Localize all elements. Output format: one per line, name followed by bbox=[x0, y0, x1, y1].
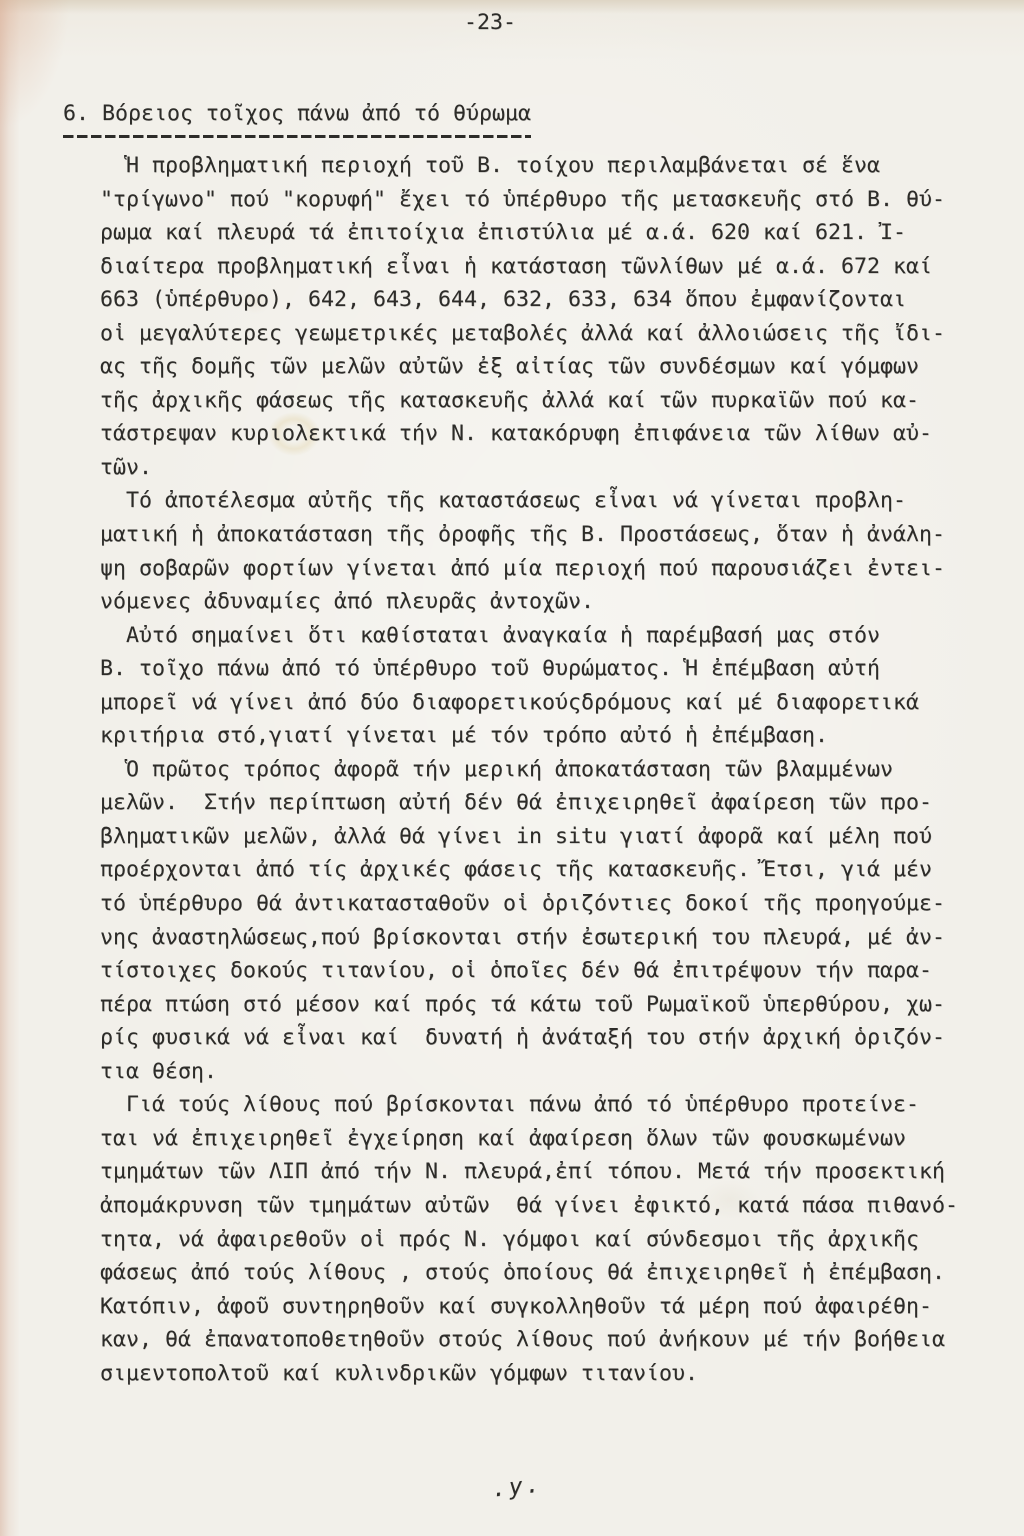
text-line: Αὐτό σημαίνει ὅτι καθίσταται ἀναγκαία ἡ … bbox=[100, 619, 990, 653]
scan-corner-tint bbox=[0, 0, 70, 130]
text-line: Ὁ πρῶτος τρόπος ἀφορᾶ τήν μερική ἀποκατά… bbox=[100, 753, 990, 787]
text-line: τῆς ἀρχικῆς φάσεως τῆς κατασκευῆς ἀλλά κ… bbox=[100, 384, 990, 418]
page-number: -23- bbox=[464, 11, 516, 35]
text-line: ψη σοβαρῶν φορτίων γίνεται ἀπό μία περιο… bbox=[100, 552, 990, 586]
text-line: τίστοιχες δοκούς τιτανίου, οἱ ὁποῖες δέν… bbox=[100, 954, 990, 988]
text-line: Κατόπιν, ἀφοῦ συντηρηθοῦν καί συγκολληθο… bbox=[100, 1290, 990, 1324]
text-line: ματική ἡ ἀποκατάσταση τῆς ὀροφῆς τῆς Β. … bbox=[100, 518, 990, 552]
text-line: Γιά τούς λίθους πού βρίσκονται πάνω ἀπό … bbox=[100, 1088, 990, 1122]
text-line: προέρχονται ἀπό τίς ἀρχικές φάσεις τῆς κ… bbox=[100, 853, 990, 887]
text-line: διαίτερα προβληματική εἶναι ἡ κατάσταση … bbox=[100, 250, 990, 284]
text-line: νόμενες ἀδυναμίες ἀπό πλευρᾶς ἀντοχῶν. bbox=[100, 585, 990, 619]
text-line: κριτήρια στό,γιατί γίνεται μέ τόν τρόπο … bbox=[100, 719, 990, 753]
text-line: οἱ μεγαλύτερες γεωμετρικές μεταβολές ἀλλ… bbox=[100, 317, 990, 351]
text-line: "τρίγωνο" πού "κορυφή" ἔχει τό ὑπέρθυρο … bbox=[100, 183, 990, 217]
text-line: ται νά ἐπιχειρηθεῖ ἐγχείρηση καί ἀφαίρεσ… bbox=[100, 1122, 990, 1156]
text-line: σιμεντοπολτοῦ καί κυλινδρικῶν γόμφων τιτ… bbox=[100, 1357, 990, 1391]
text-line: Ἡ προβληματική περιοχή τοῦ Β. τοίχου περ… bbox=[100, 149, 990, 183]
text-line: πέρα πτώση στό μέσον καί πρός τά κάτω το… bbox=[100, 988, 990, 1022]
text-line: βληματικῶν μελῶν, ἀλλά θά γίνει in situ … bbox=[100, 820, 990, 854]
scan-edge-left bbox=[0, 0, 20, 1536]
text-line: μπορεῖ νά γίνει ἀπό δύο διαφορετικούςδρό… bbox=[100, 686, 990, 720]
text-line: φάσεως ἀπό τούς λίθους , στούς ὁποίους θ… bbox=[100, 1256, 990, 1290]
text-line: νης ἀναστηλώσεως,πού βρίσκονται στήν ἐσω… bbox=[100, 921, 990, 955]
text-line: ρωμα καί πλευρά τά ἐπιτοίχια ἐπιστύλια μ… bbox=[100, 216, 990, 250]
text-line: ρίς φυσικά νά εἶναι καί δυνατή ἡ ἀνάταξή… bbox=[100, 1021, 990, 1055]
text-line: Β. τοῖχο πάνω ἀπό τό ὑπέρθυρο τοῦ θυρώμα… bbox=[100, 652, 990, 686]
continuation-mark: .y. bbox=[491, 1471, 544, 1502]
text-line: τῶν. bbox=[100, 451, 990, 485]
text-line: τητα, νά ἀφαιρεθοῦν οἱ πρός Ν. γόμφοι κα… bbox=[100, 1223, 990, 1257]
text-line: 663 (ὑπέρθυρο), 642, 643, 644, 632, 633,… bbox=[100, 283, 990, 317]
text-line: μελῶν. Στήν περίπτωση αὐτή δέν θά ἐπιχει… bbox=[100, 786, 990, 820]
text-line: τάστρεψαν κυριολεκτικά τήν Ν. κατακόρυφη… bbox=[100, 417, 990, 451]
section-heading: 6. Βόρειος τοῖχος πάνω ἀπό τό θύρωμα bbox=[63, 101, 531, 138]
body-text: Ἡ προβληματική περιοχή τοῦ Β. τοίχου περ… bbox=[100, 149, 990, 1390]
text-line: Τό ἀποτέλεσμα αὐτῆς τῆς καταστάσεως εἶνα… bbox=[100, 484, 990, 518]
scanned-document-page: -23- 6. Βόρειος τοῖχος πάνω ἀπό τό θύρωμ… bbox=[0, 0, 1024, 1536]
text-line: ἀπομάκρυνση τῶν τμημάτων αὐτῶν θά γίνει … bbox=[100, 1189, 990, 1223]
text-line: τια θέση. bbox=[100, 1055, 990, 1089]
text-line: ας τῆς δομῆς τῶν μελῶν αὐτῶν ἐξ αἰτίας τ… bbox=[100, 350, 990, 384]
text-line: τμημάτων τῶν ΛΙΠ ἀπό τήν Ν. πλευρά,ἐπί τ… bbox=[100, 1155, 990, 1189]
text-line: τό ὑπέρθυρο θά ἀντικατασταθοῦν οἱ ὁριζόν… bbox=[100, 887, 990, 921]
text-line: καν, θά ἐπανατοποθετηθοῦν στούς λίθους π… bbox=[100, 1323, 990, 1357]
